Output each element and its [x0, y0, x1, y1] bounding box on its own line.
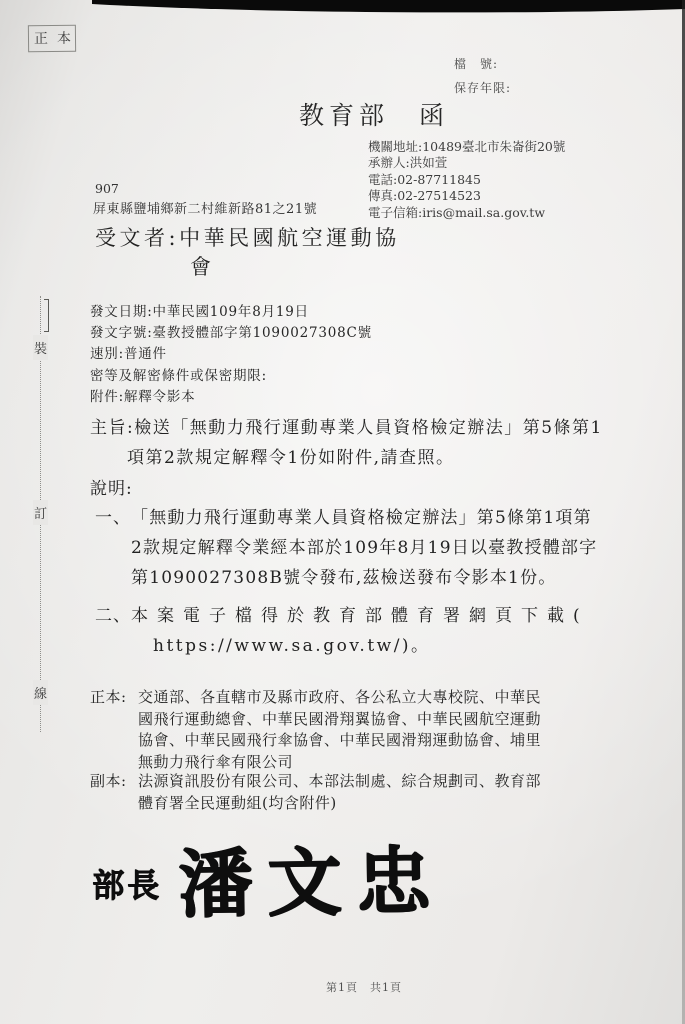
scanned-official-letter: 正本 檔 號: 保存年限: 教育部 函 機關地址:10489臺北市朱崙街20號 …: [0, 0, 685, 1024]
document-metadata: 發文日期:中華民國109年8月19日 發文字號:臺教授體部字第109002730…: [90, 302, 372, 408]
cc-recipients-label: 副本:: [90, 771, 138, 793]
binding-bracket-mark: [44, 299, 49, 332]
explanation-label: 說明:: [90, 474, 133, 499]
binding-mark-zhuang: 裝: [33, 335, 48, 360]
cc-recipients-block: 副本: 法源資訊股份有限公司、本部法制處、綜合規劃司、教育部 體育署全民運動組(…: [90, 771, 541, 814]
original-recipients-label: 正本:: [90, 687, 138, 709]
original-copy-stamp: 正本: [28, 25, 76, 53]
recipient-line1: 受文者:中華民國航空運動協: [95, 222, 400, 252]
original-recipients-block: 正本: 交通部、各直轄市及縣市政府、各公私立大專校院、中華民 國飛行運動總會、中…: [90, 687, 541, 773]
item2-lines: 本案電子檔得於教育部體育署網頁下載( https://www.sa.gov.tw…: [131, 601, 589, 661]
item2-line2-url: https://www.sa.gov.tw/)。: [153, 631, 589, 661]
agency-contact-info: 機關地址:10489臺北市朱崙街20號 承辦人:洪如萱 電話:02-877118…: [368, 139, 565, 221]
explanation-item-1: 一、 「無動力飛行運動專業人員資格檢定辦法」第5條第1項第 2款規定解釋令業經本…: [95, 503, 597, 593]
recipient-address: 屏東縣鹽埔鄉新二村維新路81之21號: [93, 198, 317, 217]
item1-content: 「無動力飛行運動專業人員資格檢定辦法」第5條第1項第 2款規定解釋令業經本部於1…: [131, 503, 597, 593]
recipient-zip: 907: [95, 181, 119, 196]
minister-signature: 潘文忠: [178, 844, 446, 922]
scan-edge-top: [0, 0, 685, 18]
file-number-labels: 檔 號: 保存年限:: [454, 52, 511, 100]
minister-title: 部長: [92, 860, 162, 906]
original-recipients-list: 交通部、各直轄市及縣市政府、各公私立大專校院、中華民 國飛行運動總會、中華民國滑…: [138, 687, 541, 773]
subject-line1: 主旨:檢送「無動力飛行運動專業人員資格檢定辦法」第5條第1: [90, 413, 603, 438]
explanation-item-2: 二、 本案電子檔得於教育部體育署網頁下載( https://www.sa.gov…: [95, 601, 589, 661]
recipient-line2: 會: [190, 251, 211, 281]
binding-mark-ding: 訂: [33, 500, 48, 525]
cc-recipients-list: 法源資訊股份有限公司、本部法制處、綜合規劃司、教育部 體育署全民運動組(均含附件…: [138, 771, 541, 814]
page-number: 第1頁 共1頁: [326, 979, 402, 995]
document-title: 教育部 函: [299, 96, 449, 132]
item2-marker: 二、: [95, 601, 131, 631]
item2-line1: 本案電子檔得於教育部體育署網頁下載(: [131, 601, 589, 631]
subject-line2: 項第2款規定解釋令1份如附件,請查照。: [127, 443, 455, 468]
signature-block: 部長 潘文忠: [92, 846, 445, 920]
binding-mark-xian: 線: [33, 680, 48, 705]
item1-marker: 一、: [95, 503, 131, 528]
